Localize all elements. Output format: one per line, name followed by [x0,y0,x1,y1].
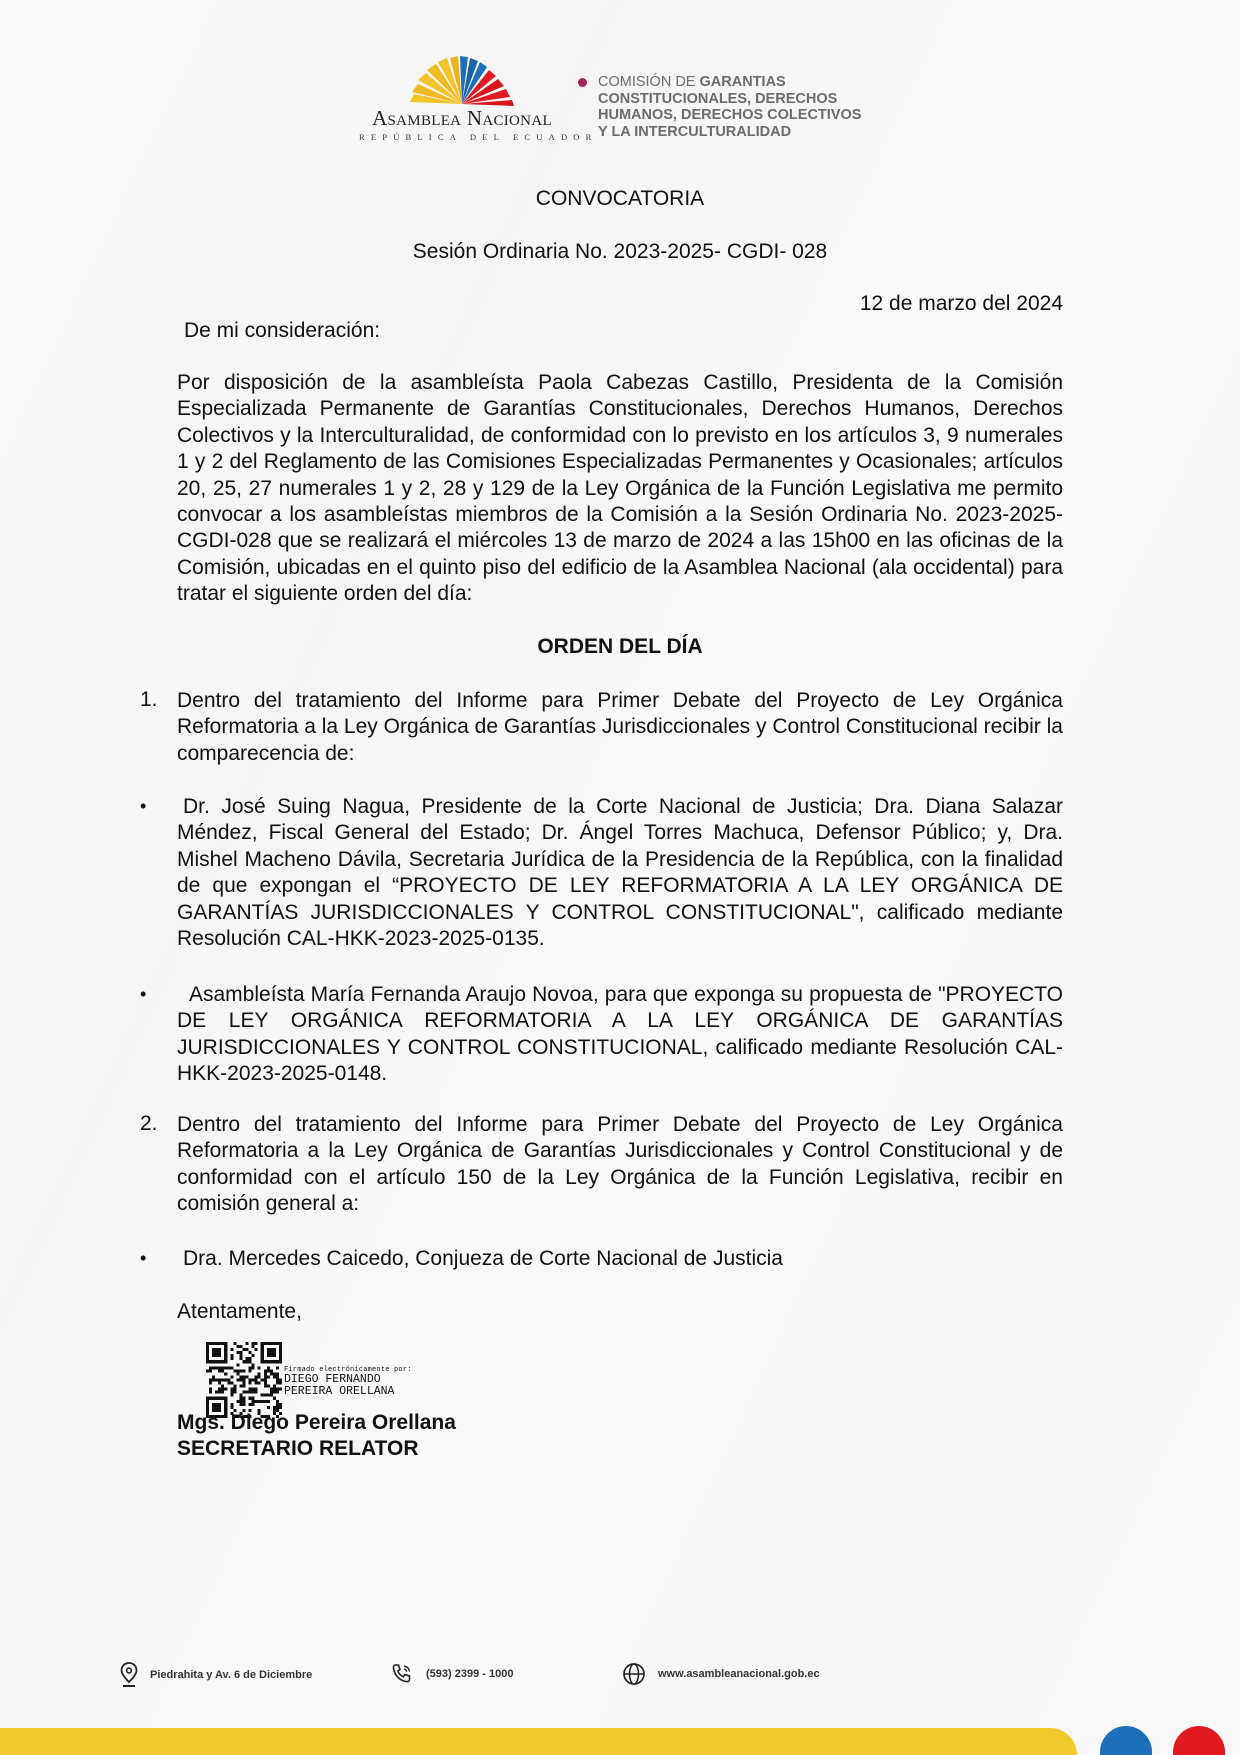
commission-lines: COMISIÓN DE GARANTIASCONSTITUCIONALES, D… [598,74,918,140]
commission-line: HUMANOS, DERECHOS COLECTIVOS [598,107,918,124]
location-pin-icon [120,1662,138,1688]
footer-website[interactable]: www.asambleanacional.gob.ec [622,1662,820,1686]
footer-phone: (593) 2399 - 1000 [390,1662,513,1686]
agenda-item-1-bullet-2: Asambleísta María Fernanda Araujo Novoa,… [177,982,1063,1088]
footer-red-semicircle [1173,1726,1225,1755]
greeting: De mi consideración: [184,319,380,343]
phone-icon [390,1662,414,1686]
bullet-dot-icon [578,78,587,87]
footer-yellow-bar [0,1728,1077,1755]
qr-code-icon [206,1342,282,1418]
footer-blue-semicircle [1100,1726,1152,1755]
logo-subtitle: REPÚBLICA DEL ECUADOR [359,132,569,142]
logo-title: Asamblea Nacional [357,106,567,131]
signer-block: Mgs. Diego Pereira Orellana SECRETARIO R… [177,1410,456,1461]
bullet-icon: • [140,796,146,817]
agenda-item-number: 1. [140,688,158,712]
esignature-line-2: PEREIRA ORELLANA [284,1386,412,1398]
commission-line: Y LA INTERCULTURALIDAD [598,124,918,141]
session-number: Sesión Ordinaria No. 2023-2025- CGDI- 02… [0,240,1240,264]
commission-line: COMISIÓN DE GARANTIAS [598,74,918,91]
document-title: CONVOCATORIA [0,187,1240,211]
agenda-item-2-bullet-1: Dra. Mercedes Caicedo, Conjueza de Corte… [177,1246,1063,1272]
agenda-item-number: 2. [140,1112,158,1136]
signer-title: SECRETARIO RELATOR [177,1436,456,1462]
agenda-item-2: Dentro del tratamiento del Informe para … [177,1112,1063,1218]
bullet-icon: • [140,1248,146,1269]
commission-line: CONSTITUCIONALES, DERECHOS [598,91,918,108]
document-date: 12 de marzo del 2024 [860,292,1063,316]
agenda-heading: ORDEN DEL DÍA [0,635,1240,659]
asamblea-nacional-logo: Asamblea Nacional REPÚBLICA DEL ECUADOR [357,56,567,144]
signer-name: Mgs. Diego Pereira Orellana [177,1410,456,1436]
intro-paragraph: Por disposición de la asambleísta Paola … [177,370,1063,608]
closing: Atentamente, [177,1300,302,1324]
globe-icon [622,1662,646,1686]
bullet-icon: • [140,984,146,1005]
agenda-item-1: Dentro del tratamiento del Informe para … [177,688,1063,767]
sun-rays-emblem-icon [407,56,517,106]
footer-address-text: Piedrahita y Av. 6 de Diciembre [150,1669,312,1681]
esignature-line-1: DIEGO FERNANDO [284,1374,412,1386]
electronic-signature: Firmado electrónicamente por: DIEGO FERN… [284,1366,412,1397]
footer-address: Piedrahita y Av. 6 de Diciembre [120,1662,312,1688]
agenda-item-1-bullet-1: Dr. José Suing Nagua, Presidente de la C… [177,794,1063,952]
footer-phone-text: (593) 2399 - 1000 [426,1668,513,1680]
footer-website-link[interactable]: www.asambleanacional.gob.ec [658,1668,820,1680]
